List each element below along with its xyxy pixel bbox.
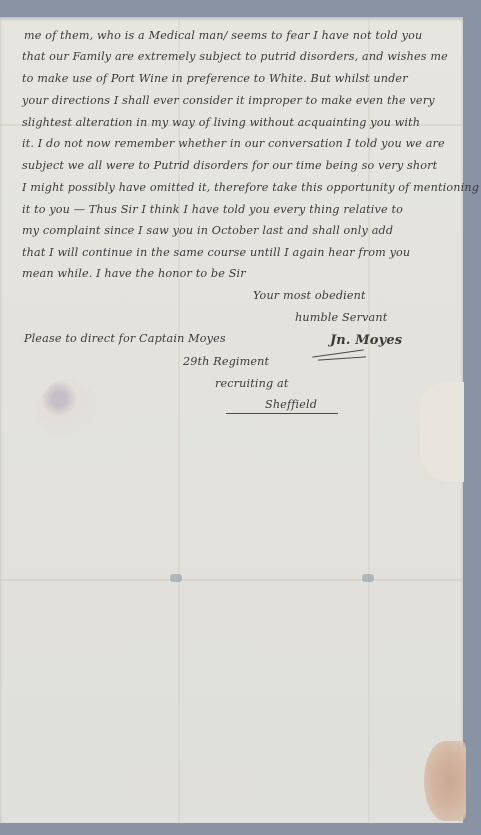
address-line: recruiting at [215,377,288,390]
address-line: Sheffield [265,398,317,411]
body-line: to make use of Port Wine in preference t… [22,72,408,85]
address-line: 29th Regiment [183,355,269,368]
paper-patch [420,382,464,482]
pin-mark [170,574,182,582]
body-line: my complaint since I saw you in October … [22,224,393,237]
body-line: subject we all were to Putrid disorders … [22,159,437,172]
body-line: it. I do not now remember whether in our… [22,137,445,150]
body-line: mean while. I have the honor to be Sir [22,267,246,280]
paper-fold-line [0,579,463,581]
ink-stain [38,379,98,445]
body-line: slightest alteration in my way of living… [22,116,420,129]
address-underline [226,413,338,414]
body-line: that I will continue in the same course … [22,246,410,259]
body-line: that our Family are extremely subject to… [22,50,448,63]
address-line: Please to direct for Captain Moyes [24,332,226,345]
body-line: your directions I shall ever consider it… [22,94,435,107]
pin-mark [362,574,374,582]
signature: Jn. Moyes [330,333,402,348]
body-line: it to you — Thus Sir I think I have told… [22,203,403,216]
wax-seal-remnant [424,741,466,821]
closing-line: humble Servant [295,311,387,324]
body-line: me of them, who is a Medical man/ seems … [24,29,422,42]
body-line: I might possibly have omitted it, theref… [22,181,479,194]
closing-line: Your most obedient [253,289,366,302]
manuscript-page: me of them, who is a Medical man/ seems … [0,17,463,823]
signature-flourish [318,356,366,360]
